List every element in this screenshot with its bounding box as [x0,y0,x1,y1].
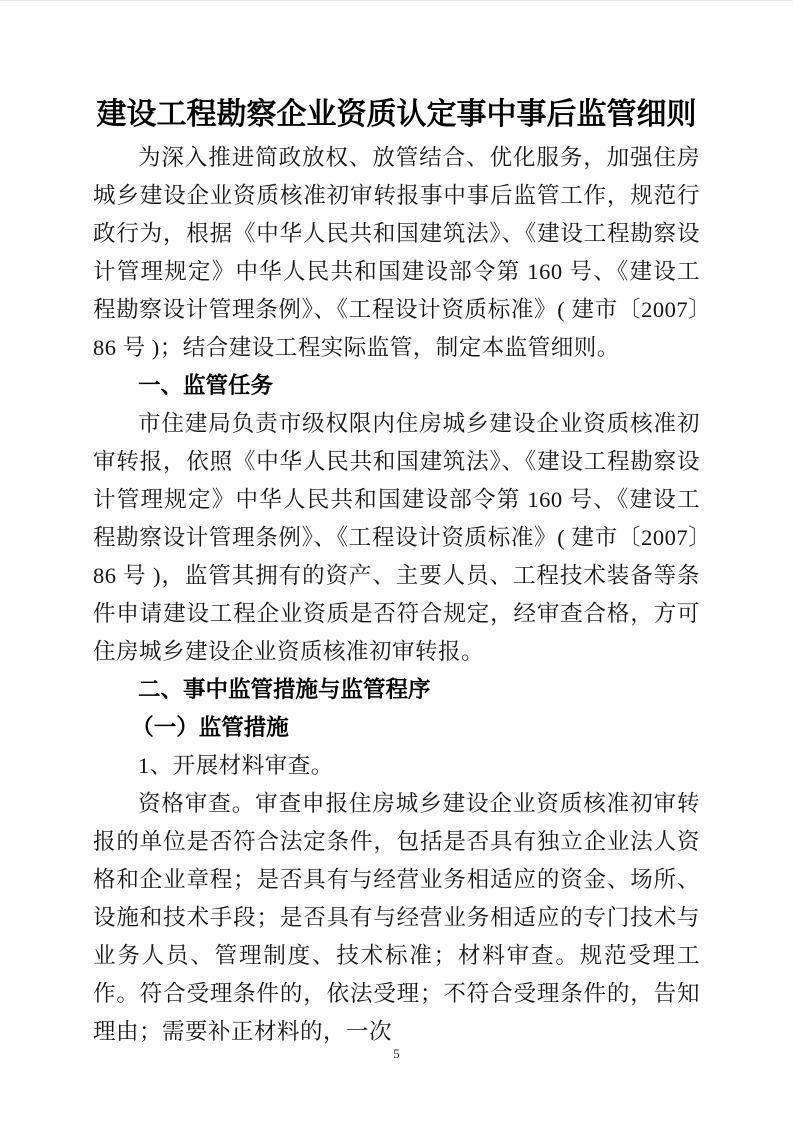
heading-section-1: 一、监管任务 [93,367,700,405]
document-content: 建设工程勘察企业资质认定事中事后监管细则 为深入推进简政放权、放管结合、优化服务… [93,95,700,1051]
document-title: 建设工程勘察企业资质认定事中事后监管细则 [93,95,700,135]
page-number: 5 [0,1046,793,1062]
paragraph-preamble: 为深入推进简政放权、放管结合、优化服务，加强住房城乡建设企业资质核准初审转报事中… [93,139,700,367]
subheading-measures: （一）监管措施 [93,709,700,747]
numbered-item-1: 1、开展材料审查。 [93,747,700,785]
document-page: 建设工程勘察企业资质认定事中事后监管细则 为深入推进简政放权、放管结合、优化服务… [0,0,793,1122]
paragraph-section-1: 市住建局负责市级权限内住房城乡建设企业资质核准初审转报，依照《中华人民共和国建筑… [93,405,700,671]
heading-section-2: 二、事中监管措施与监管程序 [93,671,700,709]
paragraph-qualification-review: 资格审查。审查申报住房城乡建设企业资质核准初审转报的单位是否符合法定条件，包括是… [93,785,700,1051]
